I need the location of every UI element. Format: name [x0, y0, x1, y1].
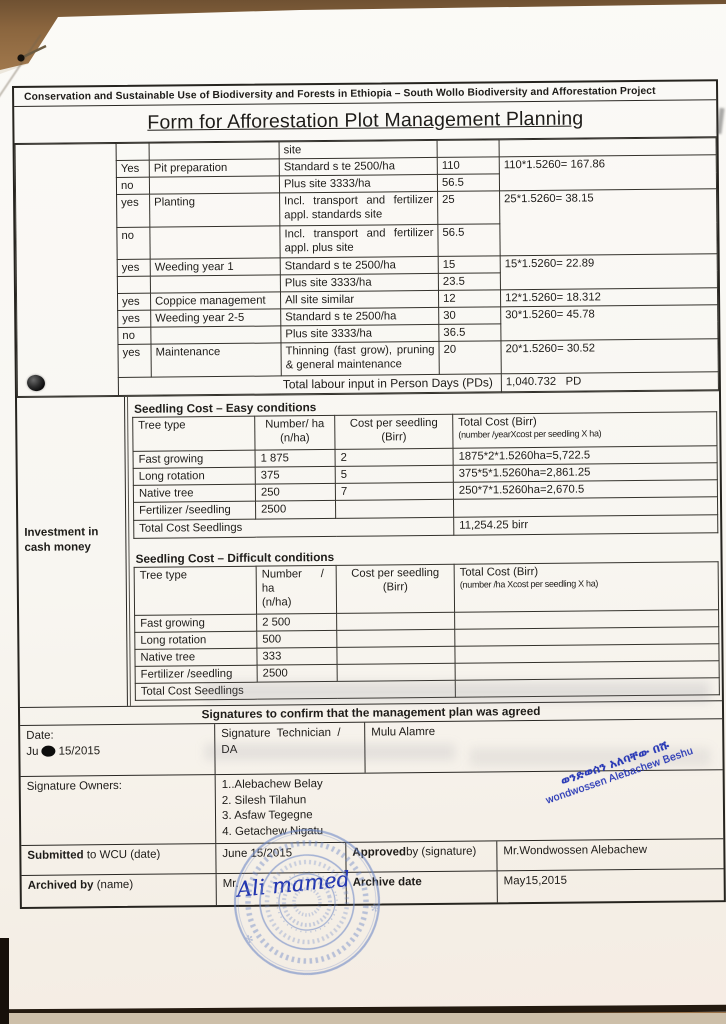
labour-calc-cell: 110*1.5260= 167.86	[499, 155, 716, 191]
tree-type-cell: Fast growing	[135, 614, 257, 632]
labour-spec-cell: Incl. transport and fertilizer appl. plu…	[280, 225, 438, 258]
labour-calc-cell: 30*1.5260= 45.78	[501, 305, 718, 341]
cost-cell: 7	[335, 483, 453, 501]
labour-spec-cell: Plus site 3333/ha	[280, 273, 438, 292]
col-header-total: Total Cost (Birr) (number /yearXcost per…	[453, 412, 717, 449]
labour-activity-cell: Coppice management	[150, 292, 280, 310]
tree-type-cell: Fertilizer /seedling	[134, 502, 256, 520]
labour-spec-cell: All site similar	[280, 290, 438, 309]
labour-pd-cell: 15	[438, 255, 500, 273]
labour-calc-cell: 20*1.5260= 30.52	[501, 339, 718, 374]
labour-pd-cell: 56.5	[437, 174, 499, 192]
number-cell: 2500	[256, 501, 336, 519]
archived-label-cell: Archived by (name)	[22, 874, 217, 907]
table-header-row: Tree type Number / ha (n/ha) Cost per se…	[134, 561, 718, 615]
col-header-number: Number/ ha (n/ha)	[255, 416, 335, 451]
labour-pd-cell: 36.5	[439, 324, 501, 342]
investment-section: Investment in cash money Seedling Cost –…	[17, 390, 722, 707]
tree-type-cell: Fertilizer /seedling	[135, 665, 257, 683]
cost-cell	[337, 612, 455, 630]
number-cell: 375	[255, 467, 335, 485]
number-cell: 2500	[257, 664, 337, 682]
desk-below-strip	[0, 1013, 726, 1024]
labour-spec-cell: Standard s te 2500/ha	[281, 307, 439, 326]
total-cost-label: Total Cost (Birr)	[460, 566, 539, 579]
labour-spec-cell: Plus site 3333/ha	[279, 175, 437, 194]
cost-cell	[337, 663, 455, 681]
scanned-document-photo: Conservation and Sustainable Use of Biod…	[0, 0, 726, 1024]
labour-flag-cell	[116, 143, 149, 160]
labour-activity-cell: Planting	[150, 193, 280, 227]
technician-label-cell: Signature Technician / DA	[215, 723, 365, 774]
labour-pd-cell: 25	[438, 191, 500, 225]
seedling-cost-easy-table: Tree type Number/ ha (n/ha) Cost per see…	[132, 411, 718, 538]
pin-icon	[12, 40, 54, 70]
date-cell: Date: Ju15/2015	[20, 724, 215, 776]
labour-activity-cell	[149, 176, 279, 194]
labour-pd-cell: 110	[437, 157, 499, 175]
labour-flag-cell: no	[118, 327, 151, 344]
ink-blot	[41, 745, 55, 756]
number-cell: 250	[255, 484, 335, 502]
labour-activity-cell: Pit preparation	[149, 159, 279, 177]
total-seedlings-label: Total Cost Seedlings	[135, 680, 455, 700]
labour-activity-cell: Weeding year 1	[150, 257, 280, 275]
table-header-row: Tree type Number/ ha (n/ha) Cost per see…	[133, 412, 717, 452]
owners-label-cell: Signature Owners:	[21, 775, 217, 845]
col-header-cost: Cost per seedling (Birr)	[336, 564, 454, 613]
tree-type-cell: Native tree	[135, 648, 257, 666]
labour-flag-cell: no	[116, 177, 149, 194]
total-seedlings-label: Total Cost Seedlings	[134, 517, 454, 538]
investment-side-label: Investment in cash money	[17, 397, 128, 707]
number-cell: 333	[257, 647, 337, 665]
afforestation-form: Conservation and Sustainable Use of Biod…	[12, 79, 726, 909]
col-header-cost: Cost per seedling (Birr)	[335, 414, 453, 449]
labour-spec-cell: Plus site 3333/ha	[281, 324, 439, 343]
labour-spec-cell: Thinning (fast grow), pruning & general …	[281, 342, 439, 377]
labour-pd-cell: 20	[439, 341, 501, 375]
labour-flag-cell: yes	[118, 310, 151, 327]
labour-flag-cell: yes	[118, 344, 151, 377]
col-header-total: Total Cost (Birr) (number /ha Xcost per …	[454, 561, 718, 612]
labour-activity-cell	[150, 275, 280, 293]
labour-activity-cell: Maintenance	[151, 343, 281, 377]
labour-calc-cell: 12*1.5260= 18.312	[500, 288, 717, 307]
labour-flag-cell: Yes	[116, 160, 149, 177]
labour-activity-cell	[151, 326, 281, 344]
labour-spec-cell: site	[279, 140, 437, 159]
labour-activity-cell: Weeding year 2-5	[151, 309, 281, 327]
labour-pd-cell	[437, 140, 499, 158]
submitted-label-cell: Submitted to WCU (date)	[21, 844, 216, 875]
labour-flag-cell	[117, 276, 150, 293]
labour-input-table: site Yes Pit preparation Standard s te 2…	[15, 137, 719, 397]
date-label: Date:	[26, 727, 208, 744]
labour-spec-cell: Incl. transport and fertilizer appl. sta…	[280, 192, 438, 227]
labour-flag-cell: yes	[117, 293, 150, 310]
labour-flag-cell: yes	[117, 195, 150, 228]
left-margin-cell	[15, 144, 118, 397]
cost-cell: 2	[335, 448, 453, 466]
total-seedlings-value	[455, 678, 719, 698]
tree-type-cell: Long rotation	[135, 631, 257, 649]
page-title: Form for Afforestation Plot Management P…	[147, 108, 583, 134]
tree-type-cell: Long rotation	[133, 467, 255, 485]
cost-cell	[335, 500, 453, 518]
labour-flag-cell: no	[117, 228, 150, 260]
labour-calc-cell	[499, 138, 716, 157]
archive-date-value-cell: May15,2015	[498, 869, 724, 902]
labour-flag-cell: yes	[117, 259, 150, 276]
labour-pd-cell: 12	[438, 290, 500, 308]
labour-calc-cell: 15*1.5260= 22.89	[500, 253, 717, 289]
number-cell: 2 500	[257, 613, 337, 631]
date-value: Ju15/2015	[26, 743, 208, 760]
seedling-cost-area: Seedling Cost – Easy conditions Tree typ…	[127, 391, 722, 706]
dark-corner	[0, 938, 9, 1024]
col-header-number: Number / ha (n/ha)	[256, 565, 336, 614]
labour-pd-cell: 23.5	[438, 272, 500, 290]
tree-type-cell: Native tree	[133, 484, 255, 502]
seedling-cost-difficult-table: Tree type Number / ha (n/ha) Cost per se…	[134, 561, 720, 701]
col-header-tree-type: Tree type	[133, 416, 255, 451]
labour-activity-cell	[150, 226, 280, 258]
number-cell: 1 875	[255, 450, 335, 468]
total-seedlings-value: 11,254.25 birr	[454, 514, 718, 535]
cost-cell: 5	[335, 465, 453, 483]
total-cost-label: Total Cost (Birr)	[458, 416, 537, 429]
labour-spec-cell: Standard s te 2500/ha	[280, 256, 438, 275]
approved-name-cell: Mr.Wondwossen Alebachew	[497, 839, 723, 870]
labour-activity-cell	[149, 142, 279, 160]
labour-pd-cell: 56.5	[438, 224, 500, 256]
cost-cell	[337, 629, 455, 647]
stamp-star-left: ✻	[243, 932, 255, 947]
tree-type-cell: Fast growing	[133, 450, 255, 468]
labour-spec-cell: Standard s te 2500/ha	[279, 158, 437, 177]
total-cost-formula: (number /yearXcost per seedling X ha)	[458, 428, 711, 442]
labour-calc-cell: 25*1.5260= 38.15	[500, 189, 718, 255]
number-cell: 500	[257, 630, 337, 648]
table-row: yes Planting Incl. transport and fertili…	[16, 189, 717, 229]
col-header-tree-type: Tree type	[134, 566, 256, 615]
labour-total-value: 1,040.732 PD	[501, 372, 718, 392]
total-cost-formula: (number /ha Xcost per seedling X ha)	[460, 577, 713, 591]
cost-cell	[337, 646, 455, 664]
labour-pd-cell: 30	[439, 307, 501, 325]
